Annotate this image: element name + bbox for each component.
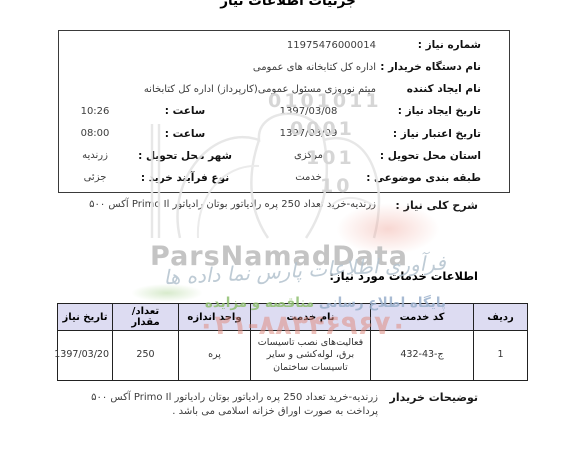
field-subvalue: جزئی <box>61 172 129 183</box>
buyer-notes-label: توضیحات خریدار <box>378 391 478 404</box>
field-row-creator: نام ایجاد کننده میثم نوروزی مسئول عمومی(… <box>67 83 481 95</box>
header-quantity: تعداد/ مقدار <box>113 304 179 331</box>
services-table: ردیف کد خدمت نام خدمت واحد اندازه تعداد/… <box>57 303 528 381</box>
need-info-box: شماره نیاز : 11975476000014 نام دستگاه خ… <box>58 30 510 193</box>
header-service-name: نام خدمت <box>251 304 371 331</box>
table-row: 1 ج-43-432 فعالیت‌های نصب تاسیسات برق، ل… <box>58 331 528 381</box>
field-value: 1397/03/09 <box>241 128 376 139</box>
field-subvalue: 08:00 <box>61 128 129 139</box>
buyer-notes-value: زرندیه-خرید تعداد 250 پره رادیاتور بوتان… <box>58 391 378 418</box>
field-row-expiry-date: تاریخ اعتبار نیاز : 1397/03/09 ساعت : 08… <box>67 128 481 140</box>
field-value: میثم نوروزی مسئول عمومی(کارپرداز) اداره … <box>67 84 376 95</box>
field-label: استان محل تحویل : <box>376 150 481 162</box>
need-summary-label: شرح کلی نیاز : <box>376 199 478 212</box>
field-row-subject-class: طبقه بندی موضوعی : خدمت نوع فرآیند خرید … <box>67 172 481 184</box>
buyer-notes: توضیحات خریدار زرندیه-خرید تعداد 250 پره… <box>58 391 478 418</box>
cell-row-number: 1 <box>474 331 528 381</box>
field-row-buyer-org: نام دستگاه خریدار : اداره کل کتابخانه ها… <box>67 61 481 73</box>
header-row-number: ردیف <box>474 304 528 331</box>
cell-need-date: 1397/03/20 <box>58 331 113 381</box>
field-label: تاریخ اعتبار نیاز : <box>376 128 481 140</box>
need-summary-value: زرندیه-خرید تعداد 250 پره رادیاتور بوتان… <box>58 199 376 210</box>
content: جزئیات اطلاعات نیاز شماره نیاز : 1197547… <box>0 0 576 460</box>
table-header-row: ردیف کد خدمت نام خدمت واحد اندازه تعداد/… <box>58 304 528 331</box>
field-label: طبقه بندی موضوعی : <box>376 172 481 184</box>
cell-quantity: 250 <box>113 331 179 381</box>
field-sublabel: نوع فرآیند خرید : <box>129 172 241 184</box>
field-row-create-date: تاریخ ایجاد نیاز : 1397/03/08 ساعت : 10:… <box>67 105 481 117</box>
field-value: 11975476000014 <box>67 40 376 51</box>
need-summary: شرح کلی نیاز : زرندیه-خرید تعداد 250 پره… <box>58 199 478 212</box>
field-row-need-number: شماره نیاز : 11975476000014 <box>67 39 481 51</box>
field-subvalue: 10:26 <box>61 106 129 117</box>
cell-unit: پره <box>179 331 251 381</box>
field-label: تاریخ ایجاد نیاز : <box>376 105 481 117</box>
field-label: شماره نیاز : <box>376 39 481 51</box>
services-section-heading: اطلاعات خدمات مورد نیاز: <box>58 269 478 283</box>
header-service-code: کد خدمت <box>371 304 474 331</box>
header-need-date: تاریخ نیاز <box>58 304 113 331</box>
field-row-delivery-province: استان محل تحویل : مرکزی شهر محل تحویل : … <box>67 150 481 162</box>
field-sublabel: ساعت : <box>129 128 241 140</box>
field-label: نام ایجاد کننده <box>376 83 481 95</box>
field-label: نام دستگاه خریدار : <box>376 61 481 73</box>
field-sublabel: ساعت : <box>129 105 241 117</box>
field-value: خدمت <box>241 172 376 183</box>
field-value: اداره کل کتابخانه های عمومی <box>67 62 376 73</box>
page-title: جزئیات اطلاعات نیاز <box>0 0 576 9</box>
field-subvalue: زرندیه <box>61 150 129 161</box>
header-unit: واحد اندازه <box>179 304 251 331</box>
field-value: مرکزی <box>241 150 376 161</box>
field-sublabel: شهر محل تحویل : <box>129 150 241 162</box>
field-value: 1397/03/08 <box>241 106 376 117</box>
document-page: 0101011 0001 101 10 ParsNamadData فرآوری… <box>0 0 576 460</box>
cell-service-code: ج-43-432 <box>371 331 474 381</box>
cell-service-name: فعالیت‌های نصب تاسیسات برق، لوله‌کشی و س… <box>251 331 371 381</box>
